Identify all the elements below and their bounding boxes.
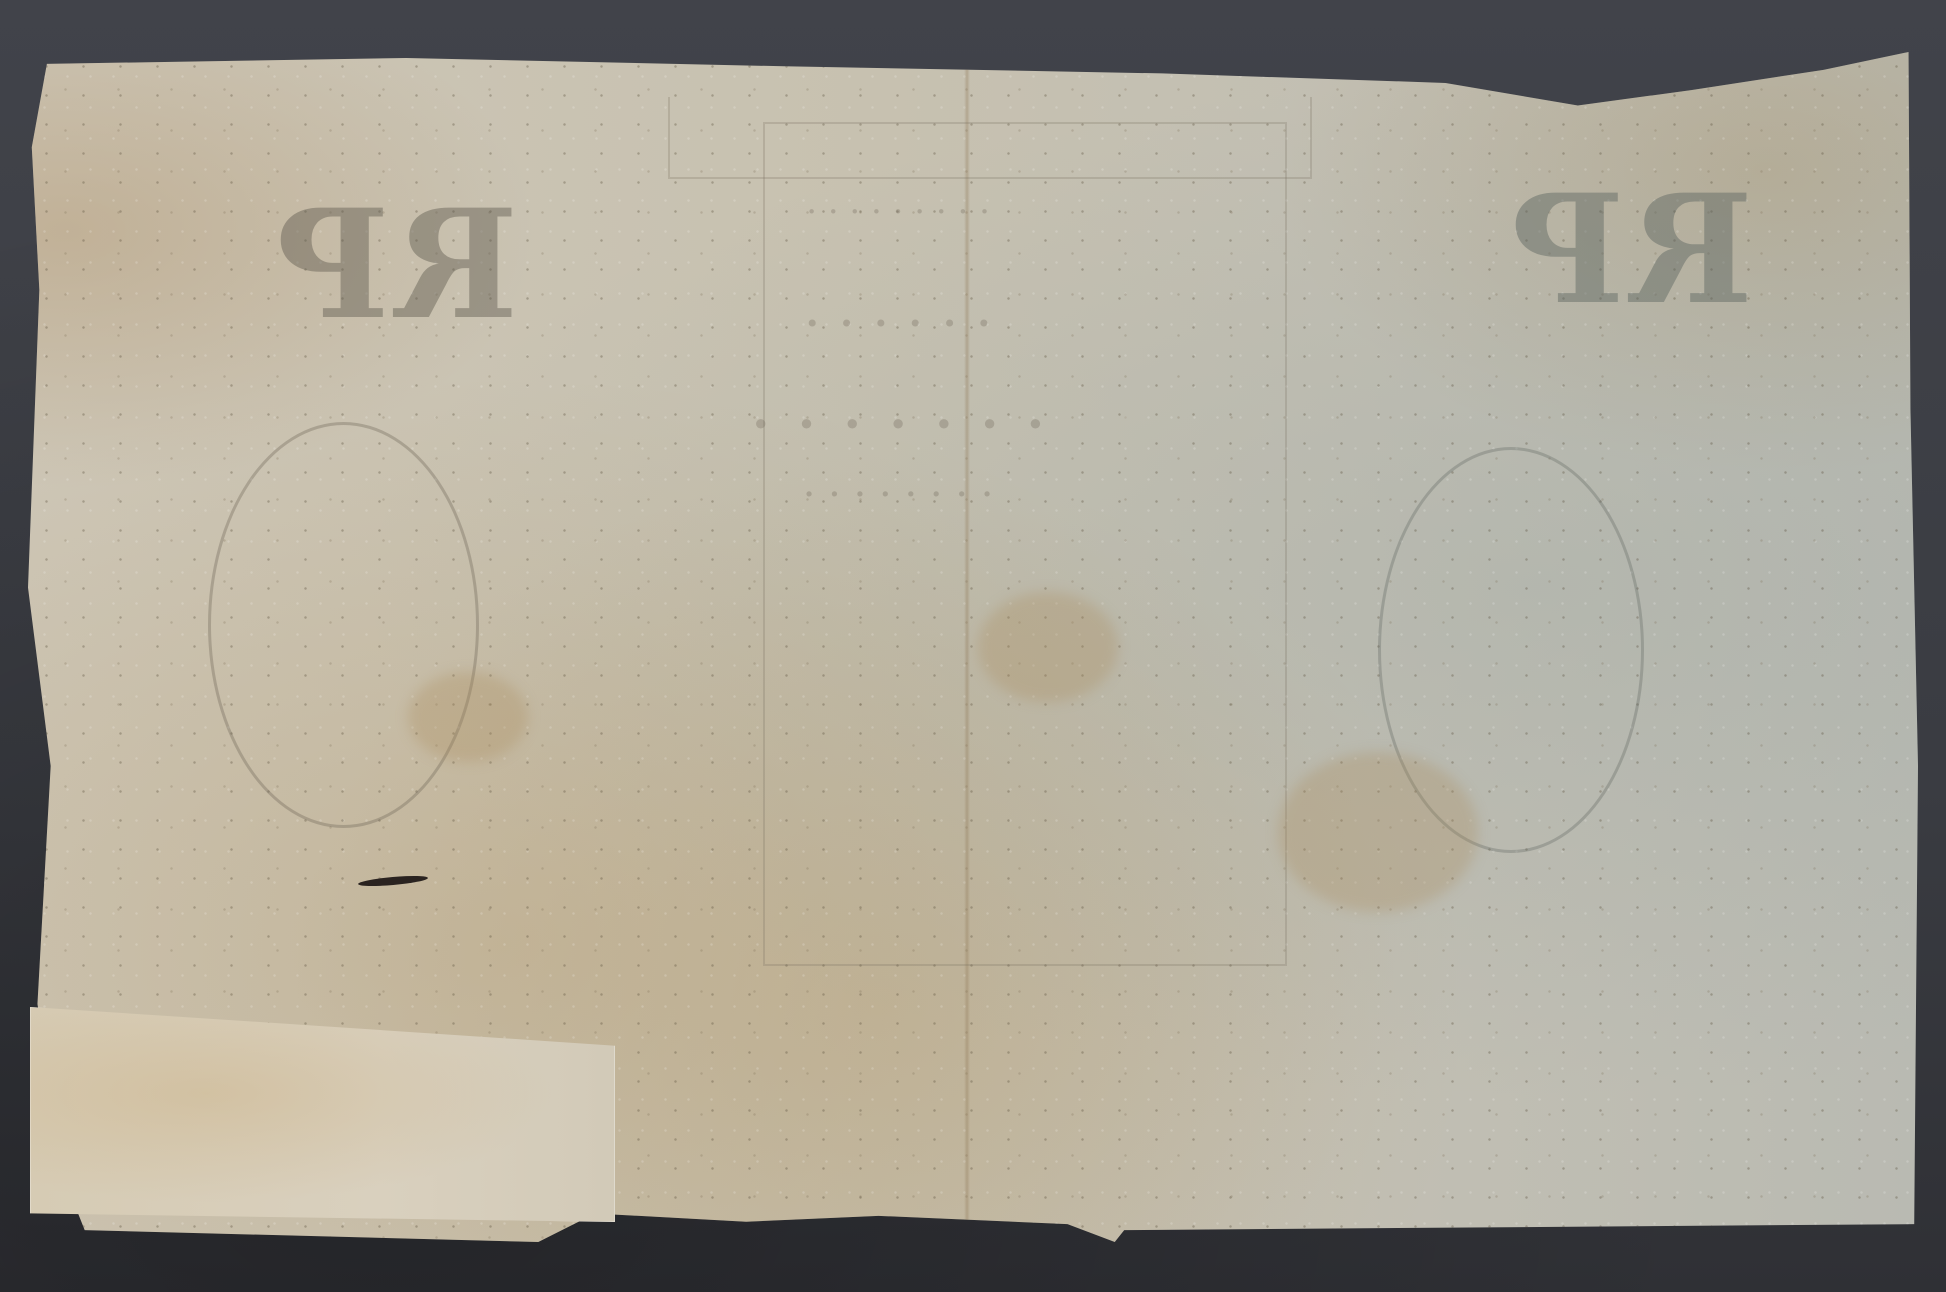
stain [1278, 752, 1478, 912]
showthrough-line-1: · · · · · · · · · [588, 192, 1208, 232]
showthrough-line-3: · · · · · · · [588, 382, 1208, 466]
oval-watermark-left [208, 422, 479, 828]
showthrough-line-2: · · · · · · [588, 292, 1208, 355]
monogram-top-left: RP [273, 177, 518, 353]
stain [978, 592, 1118, 702]
showthrough-line-4: · · · · · · · · [588, 472, 1208, 518]
stain [408, 672, 528, 762]
monogram-top-right: RP [1508, 162, 1753, 338]
center-frame-showthrough [763, 122, 1287, 966]
